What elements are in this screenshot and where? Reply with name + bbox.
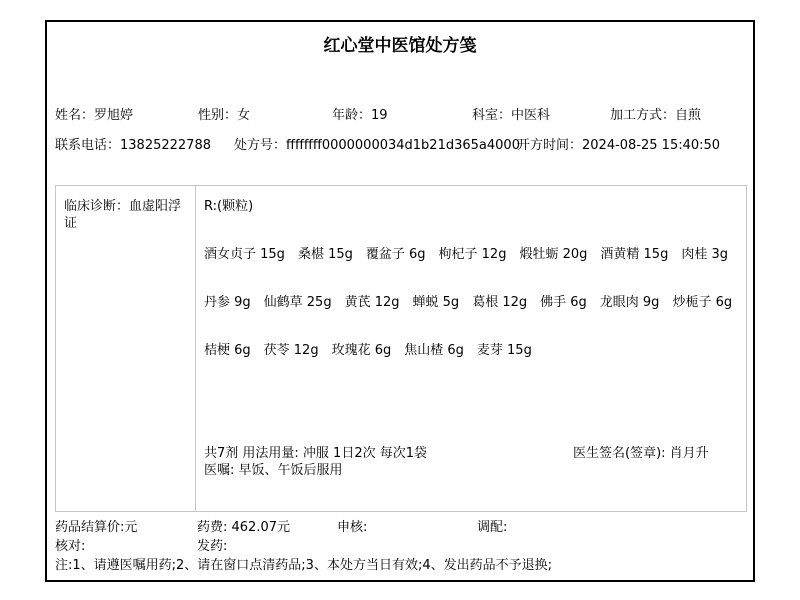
herb-item: 龙眼肉 9g <box>600 295 660 310</box>
rx-header: R:(颗粒) <box>204 199 253 215</box>
herb-item: 枸杞子 12g <box>439 247 507 262</box>
prescription-body: 临床诊断：血虚阳浮证 R:(颗粒) 酒女贞子 15g桑椹 15g覆盆子 6g枸杞… <box>55 185 747 512</box>
usage-dosage: 共7剂 用法用量: 冲服 1日2次 每次1袋 <box>204 445 427 462</box>
footer-note: 注:1、请遵医嘱用药;2、请在窗口点清药品;3、本处方当日有效;4、发出药品不予… <box>55 558 552 574</box>
clinical-diagnosis: 临床诊断：血虚阳浮证 <box>64 198 187 232</box>
usage-block: 共7剂 用法用量: 冲服 1日2次 每次1袋 医嘱: 早饭、午饭后服用 <box>204 445 427 479</box>
herb-item: 焦山楂 6g <box>404 343 464 358</box>
herb-item: 炒栀子 6g <box>672 295 732 310</box>
prescription-sheet: 红心堂中医馆处方笺 姓名：罗旭婷 性别：女 年龄：19 科室：中医科 加工方式：… <box>45 20 755 582</box>
department: 科室：中医科 <box>472 108 550 124</box>
patient-age: 年龄：19 <box>332 108 388 124</box>
herb-item: 丹参 9g <box>204 295 251 310</box>
herb-item: 玫瑰花 6g <box>332 343 392 358</box>
mix-field: 调配: <box>477 520 507 536</box>
herb-item: 覆盆子 6g <box>366 247 426 262</box>
doctor-signature: 医生签名(签章): 肖月升 <box>573 445 713 462</box>
patient-gender: 性别：女 <box>198 108 250 124</box>
herb-item: 仙鹤草 25g <box>264 295 332 310</box>
herb-item: 煅牡蛎 20g <box>519 247 587 262</box>
patient-name: 姓名：罗旭婷 <box>55 108 133 124</box>
herb-item: 酒女贞子 15g <box>204 247 285 262</box>
open-time: 开方时间：2024-08-25 15:40:50 <box>517 138 720 154</box>
usage-advice: 医嘱: 早饭、午饭后服用 <box>204 462 427 479</box>
herb-item: 麦芽 15g <box>477 343 532 358</box>
processing-method: 加工方式：自煎 <box>610 108 701 124</box>
herb-item: 酒黄精 15g <box>600 247 668 262</box>
herb-line: 酒女贞子 15g桑椹 15g覆盆子 6g枸杞子 12g煅牡蛎 20g酒黄精 15… <box>204 247 740 263</box>
settlement-price: 药品结算价:元 <box>55 520 137 536</box>
herb-item: 桔梗 6g <box>204 343 251 358</box>
herb-item: 茯苓 12g <box>264 343 319 358</box>
herb-item: 蝉蜕 5g <box>413 295 460 310</box>
dispense-field: 发药: <box>197 539 227 555</box>
prescription-number: 处方号：ffffffff0000000034d1b21d365a4000 <box>234 138 520 154</box>
herb-line: 丹参 9g仙鹤草 25g黄芪 12g蝉蜕 5g葛根 12g佛手 6g龙眼肉 9g… <box>204 295 740 311</box>
herb-item: 桑椹 15g <box>298 247 353 262</box>
herb-item: 黄芪 12g <box>345 295 400 310</box>
medicine-fee: 药费: 462.07元 <box>197 520 290 536</box>
review-field: 申核: <box>337 520 367 536</box>
herb-item: 肉桂 3g <box>681 247 728 262</box>
herb-item: 佛手 6g <box>540 295 587 310</box>
contact-phone: 联系电话：13825222788 <box>55 138 211 154</box>
herb-line: 桔梗 6g茯苓 12g玫瑰花 6g焦山楂 6g麦芽 15g <box>204 343 740 359</box>
diagnosis-cell: 临床诊断：血虚阳浮证 <box>56 186 196 511</box>
page-title: 红心堂中医馆处方笺 <box>47 38 753 54</box>
herb-item: 葛根 12g <box>472 295 527 310</box>
check-field: 核对: <box>55 539 85 555</box>
herb-list: 酒女贞子 15g桑椹 15g覆盆子 6g枸杞子 12g煅牡蛎 20g酒黄精 15… <box>204 247 740 391</box>
